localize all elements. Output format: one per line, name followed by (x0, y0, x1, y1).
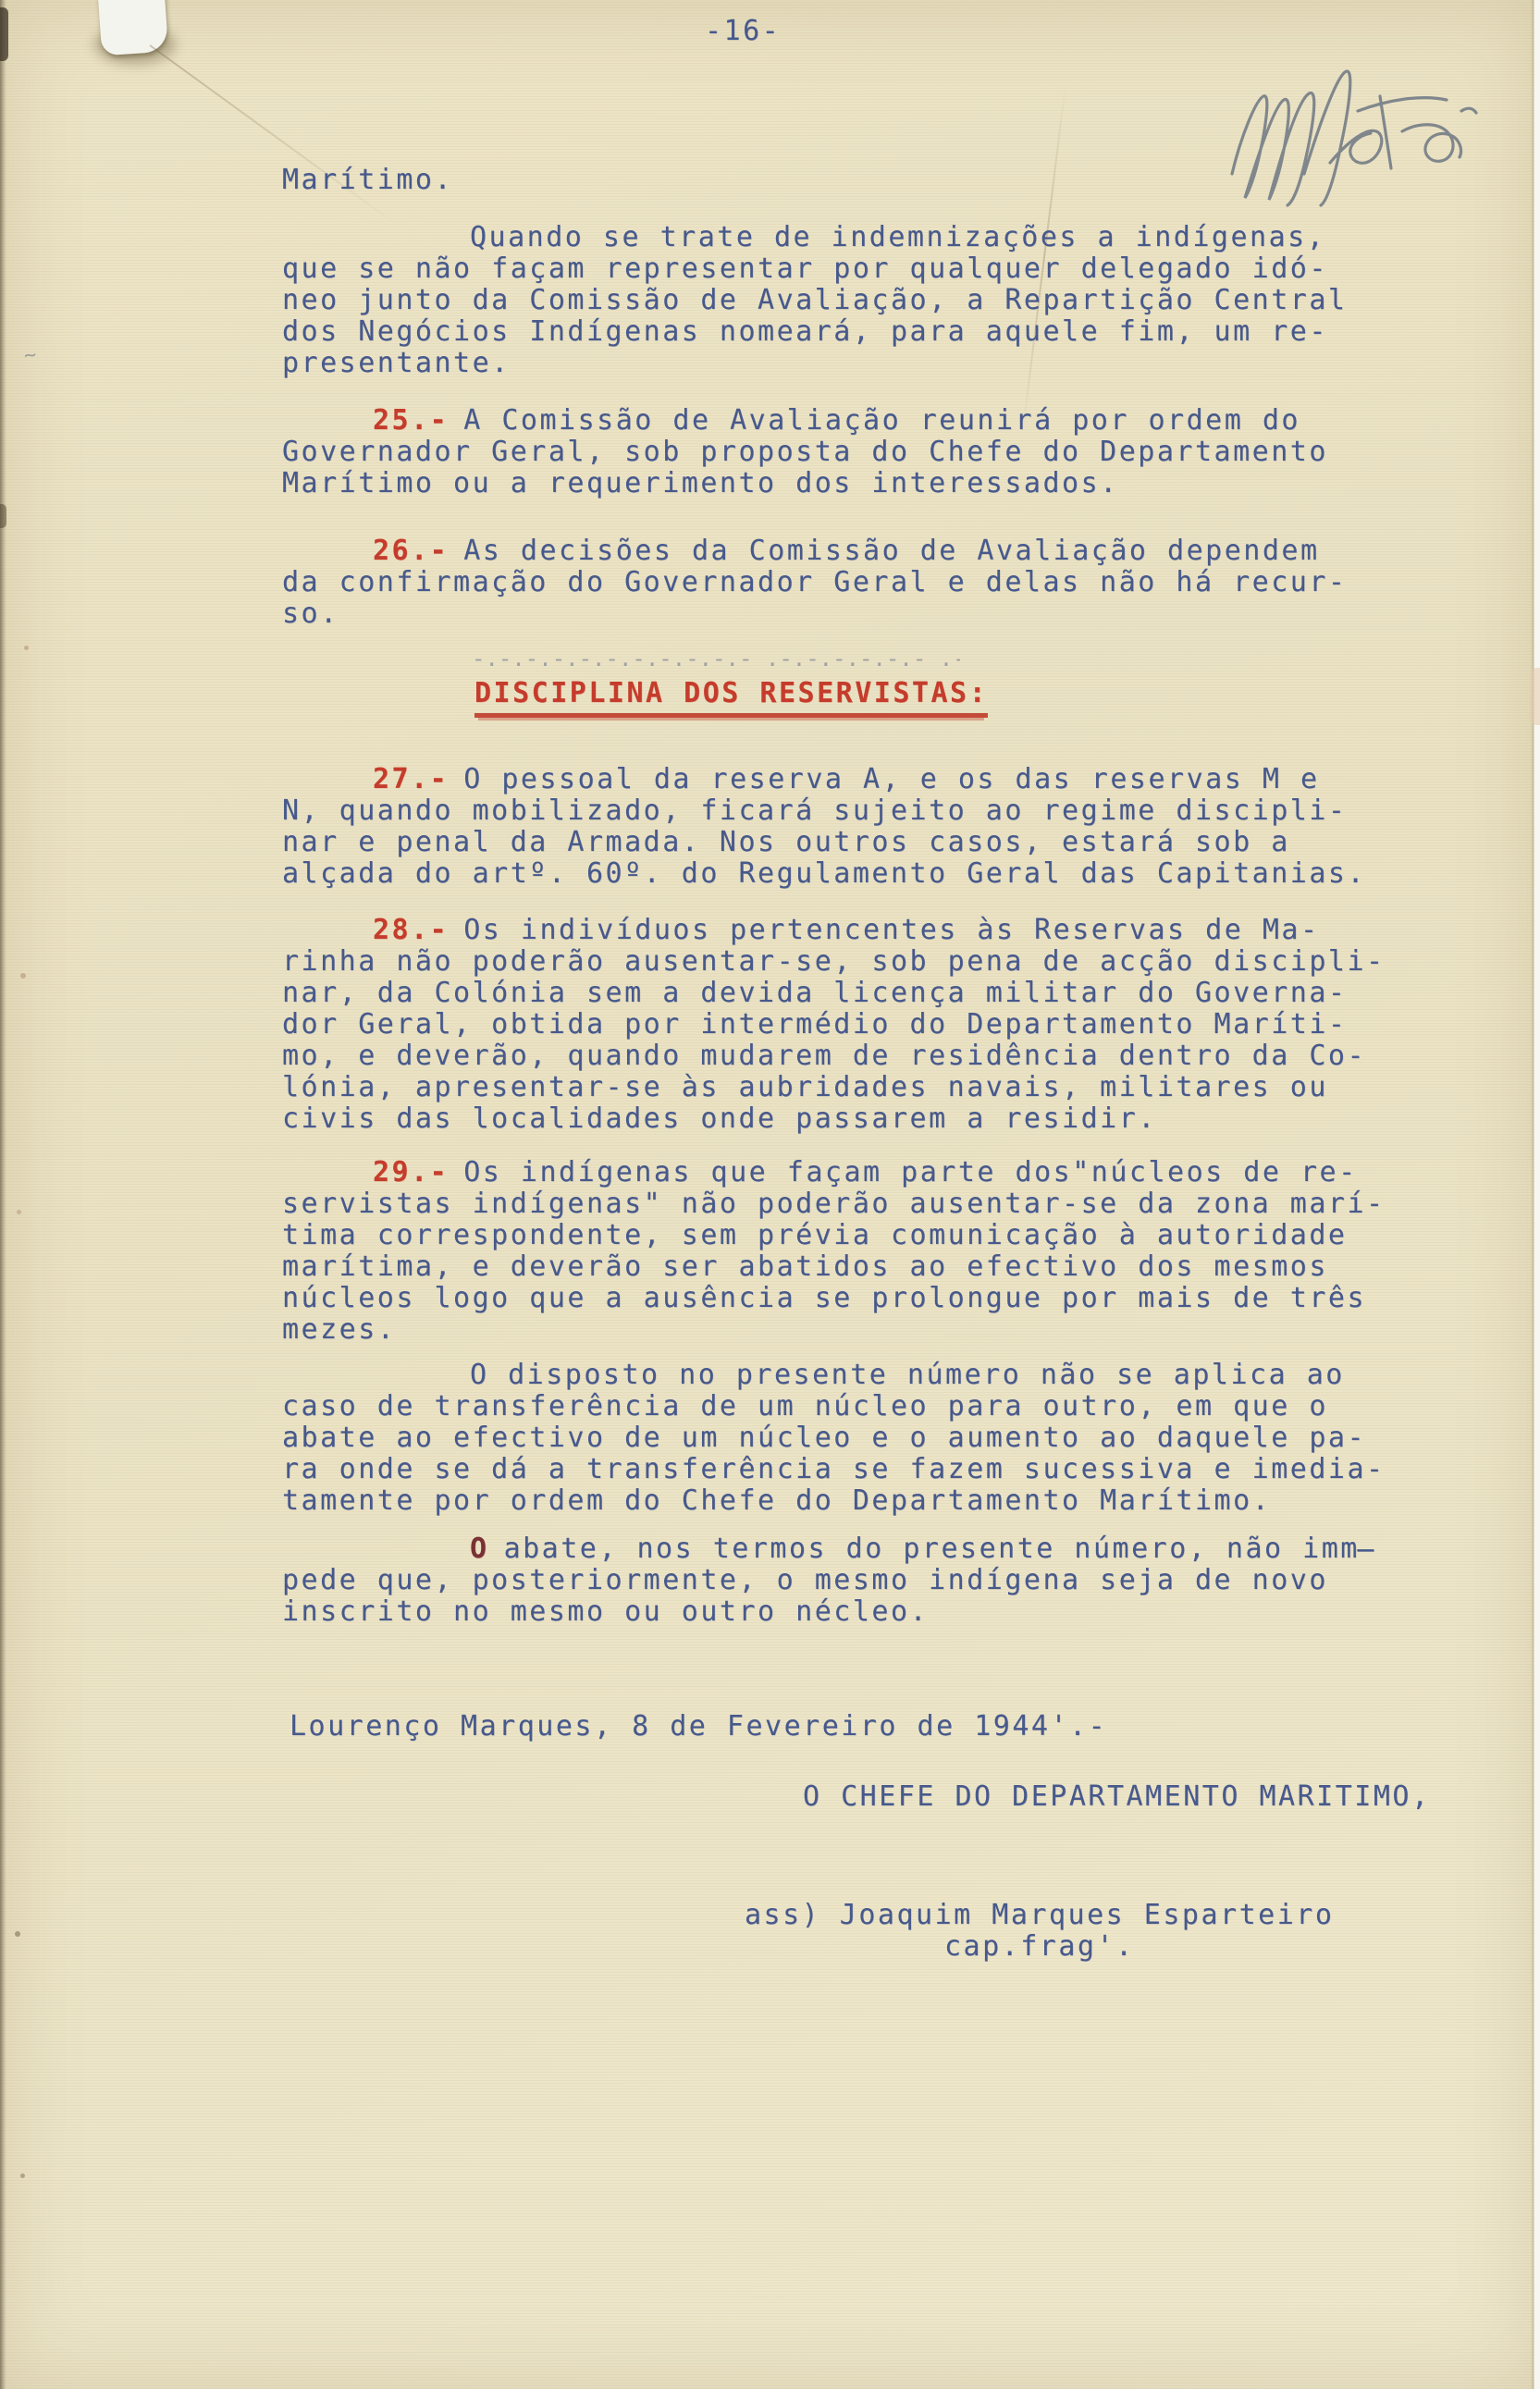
scan-smudge (20, 2173, 25, 2178)
scanned-document-page: ~ -16- Marítimo. Quando se trate de inde… (0, 0, 1540, 2389)
paragraph-text: Os indivíduos pertencentes às Reservas d… (282, 914, 1386, 1135)
signature-name: ass) Joaquim Marques Esparteiro (745, 1900, 1475, 1931)
paragraph: 29.-Os indígenas que façam parte dos"núc… (282, 1157, 1475, 1346)
scan-smudge (24, 646, 29, 650)
paragraph: 27.-O pessoal da reserva A, e os das res… (282, 764, 1475, 890)
page-number: -16- (705, 15, 781, 47)
typed-text-column: Marítimo. Quando se trate de indemnizaçõ… (282, 165, 1475, 1963)
paper-edge-notch (1530, 668, 1540, 725)
paragraph-number: 27.- (373, 763, 449, 795)
paragraph-number: 25.- (373, 404, 449, 437)
paragraph-text: Quando se trate de indemnizações a indíg… (282, 221, 1347, 379)
paragraph-group-top: Quando se trate de indemnizações a indíg… (282, 222, 1475, 630)
paragraph: Quando se trate de indemnizações a indíg… (282, 222, 1475, 379)
paragraph: Oabate, nos termos do presente número, n… (282, 1533, 1475, 1628)
scan-smudge (17, 1210, 21, 1214)
paragraph-text: abate, nos termos do presente número, nã… (282, 1533, 1376, 1628)
paragraph-number: O (470, 1533, 489, 1565)
scan-smudge (0, 7, 8, 61)
paragraph-number: 28.- (373, 914, 449, 946)
paragraph-number: 29.- (373, 1156, 449, 1188)
paragraph: O disposto no presente número não se apl… (282, 1360, 1475, 1517)
struck-out-line: -.-.-.-.-.-.-.-.-.-.- .-.-.-.-.-.- .-.-.… (472, 643, 960, 674)
torn-paper-tab (98, 0, 168, 55)
paper-right-edge (1531, 0, 1540, 2389)
date-line: Lourenço Marques, 8 de Fevereiro de 1944… (290, 1711, 1475, 1742)
paragraph: 28.-Os indivíduos pertencentes às Reserv… (282, 915, 1475, 1135)
scan-smudge (15, 1931, 20, 1937)
paper-left-edge-shadow (0, 0, 6, 2389)
scan-smudge (0, 504, 6, 528)
signature-rank: cap.frag'. (944, 1931, 1475, 1963)
section-heading-text: DISCIPLINA DOS RESERVISTAS: (474, 678, 988, 718)
scan-smudge (20, 973, 26, 979)
paragraph: 26.-As decisões da Comissão de Avaliação… (282, 536, 1475, 630)
pencil-mark: ~ (22, 343, 38, 368)
signature-title: O CHEFE DO DEPARTAMENTO MARITIMO, (803, 1781, 1475, 1813)
continuation-word: Marítimo. (282, 165, 1475, 196)
paragraph-number: 26.- (373, 535, 449, 567)
paragraph-text: O disposto no presente número não se apl… (282, 1359, 1386, 1517)
section-heading: DISCIPLINA DOS RESERVISTAS: (474, 678, 1475, 718)
paragraph-group-bottom: 27.-O pessoal da reserva A, e os das res… (282, 764, 1475, 1628)
paragraph: 25.-A Comissão de Avaliação reunirá por … (282, 405, 1475, 499)
